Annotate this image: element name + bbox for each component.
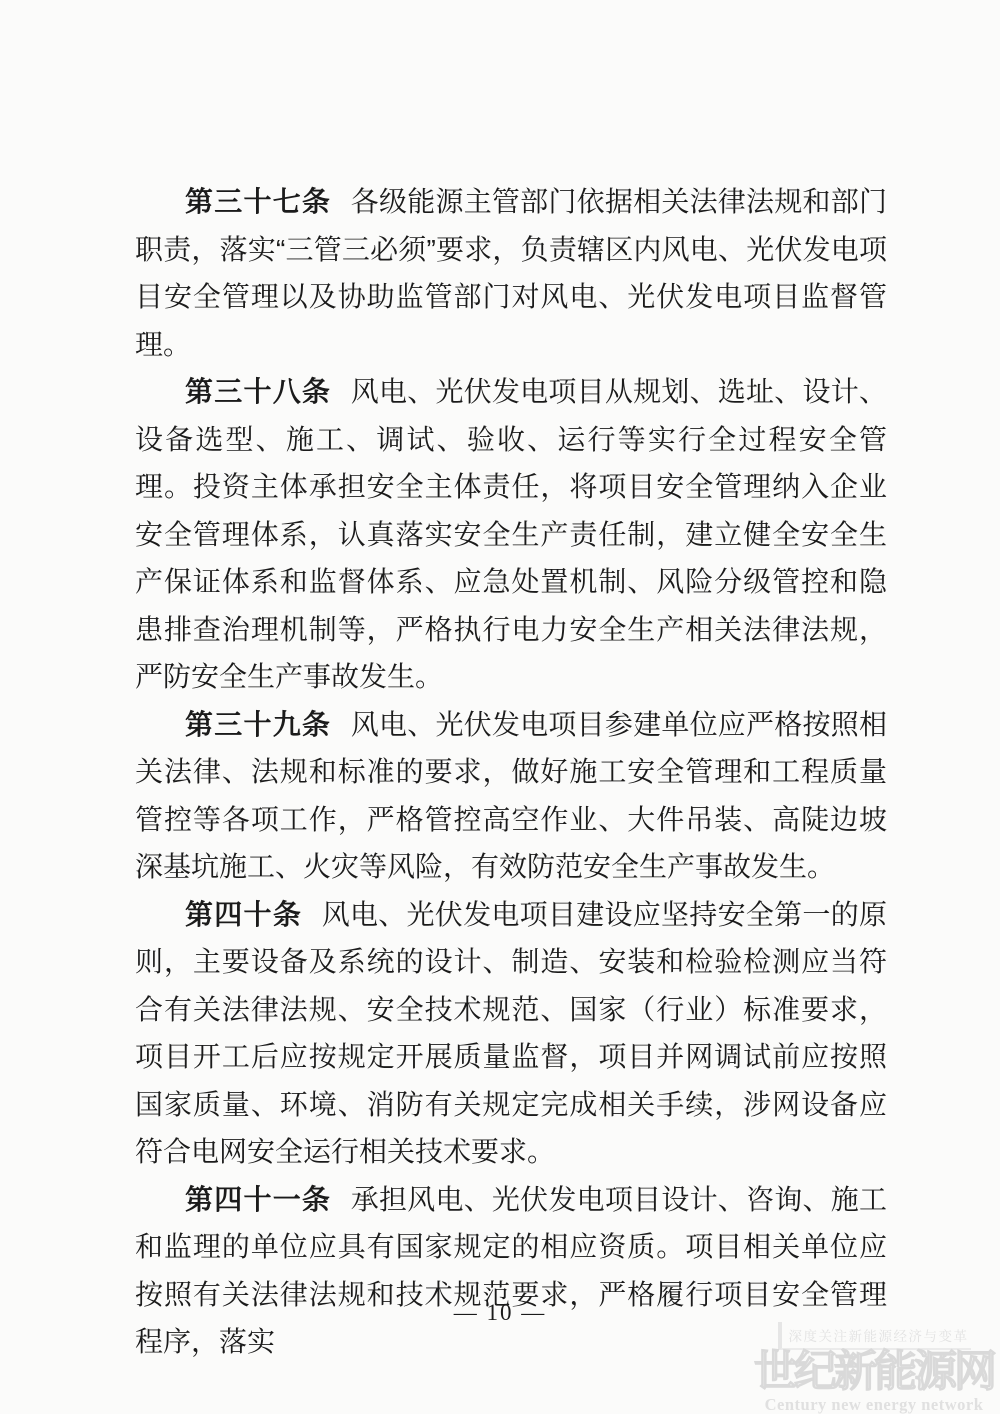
article-39: 第三十九条风电、光伏发电项目参建单位应严格按照相关法律、法规和标准的要求，做好施… [135,701,887,891]
watermark-tagline: 深度关注新能源经济与变革 [778,1322,971,1350]
document-body: 第三十七条各级能源主管部门依据相关法律法规和部门职责，落实“三管三必须”要求，负… [135,178,887,1366]
article-40-number: 第四十条 [185,899,302,930]
document-page: 第三十七条各级能源主管部门依据相关法律法规和部门职责，落实“三管三必须”要求，负… [0,0,1000,1414]
article-39-number: 第三十九条 [185,709,331,740]
site-watermark: 深度关注新能源经济与变革 世纪新能源网 Century new energy n… [748,1322,1000,1414]
article-38: 第三十八条风电、光伏发电项目从规划、选址、设计、设备选型、施工、调试、验收、运行… [135,368,887,701]
article-37-number: 第三十七条 [185,186,331,217]
article-37: 第三十七条各级能源主管部门依据相关法律法规和部门职责，落实“三管三必须”要求，负… [135,178,887,368]
article-40: 第四十条风电、光伏发电项目建设应坚持安全第一的原则，主要设备及系统的设计、制造、… [135,891,887,1176]
watermark-logo-text: 世纪新能源网 [748,1350,1000,1394]
watermark-tagline-wrap: 深度关注新能源经济与变革 [748,1322,1000,1350]
article-38-number: 第三十八条 [185,376,331,407]
article-38-text: 风电、光伏发电项目从规划、选址、设计、设备选型、施工、调试、验收、运行等实行全过… [135,376,887,692]
article-41-number: 第四十一条 [185,1184,331,1215]
article-40-text: 风电、光伏发电项目建设应坚持安全第一的原则，主要设备及系统的设计、制造、安装和检… [135,899,887,1168]
watermark-english-text: Century new energy network [748,1395,1000,1414]
